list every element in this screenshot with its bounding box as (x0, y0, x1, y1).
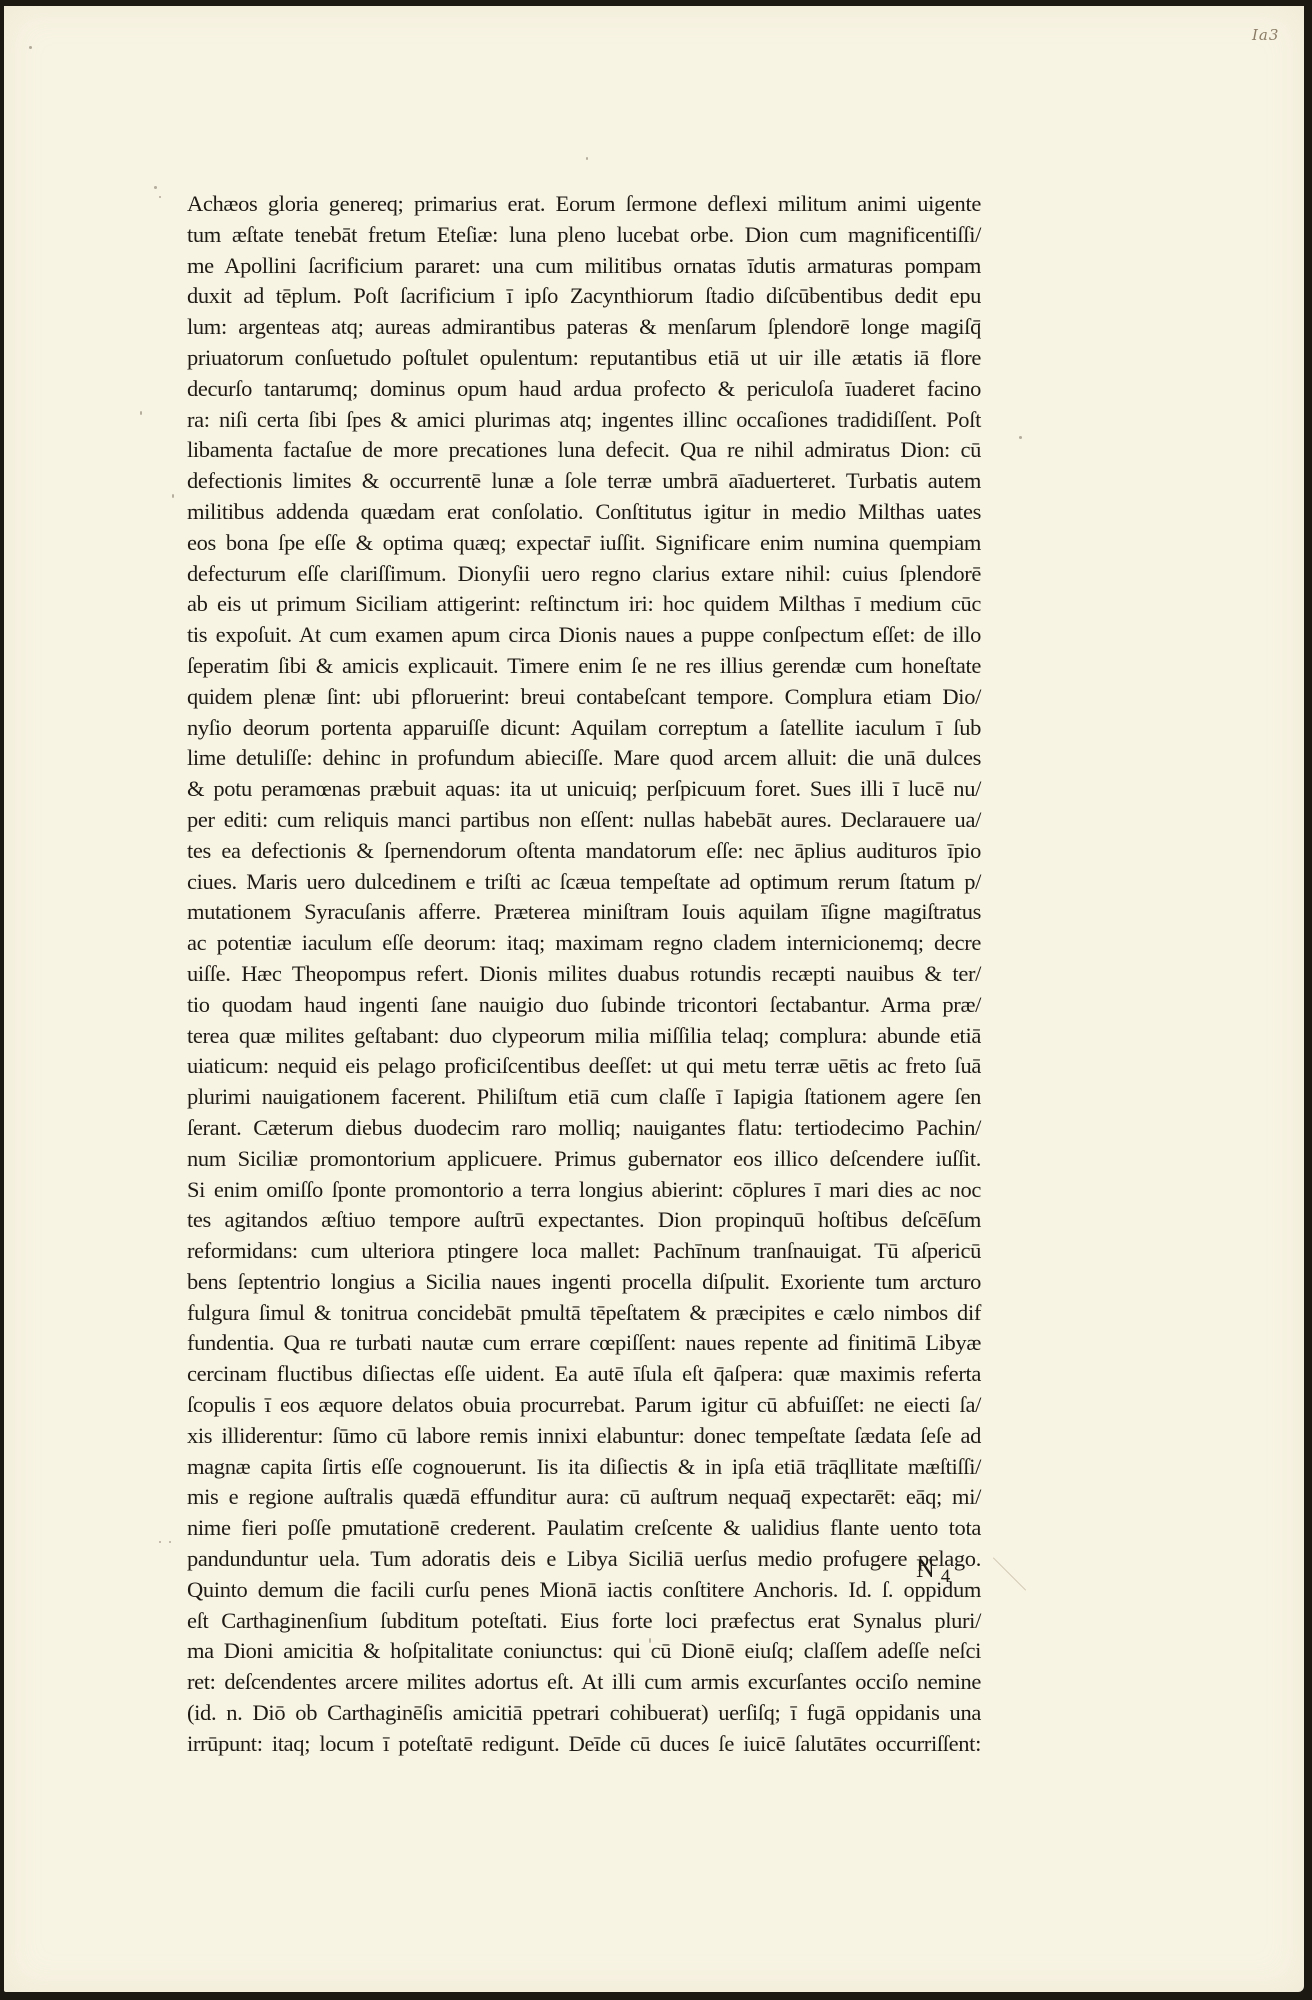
paper-crease (993, 1557, 1026, 1590)
text-line: defectionis limites & occurrentē lunæ a … (187, 466, 981, 497)
signature-mark: N4 (916, 1554, 956, 1584)
text-line: tio quodam haud ingenti ſane nauigio duo… (187, 990, 981, 1021)
text-line: num Siciliæ promontorium applicuere. Pri… (187, 1144, 981, 1175)
margin-speck (159, 1541, 161, 1543)
text-line: ſeperatim ſibi & amicis explicauit. Time… (187, 651, 981, 682)
text-line: eſt Carthaginenſium ſubditum poteſtati. … (187, 1606, 981, 1637)
text-line: nime fieri poſſe pmutationē crederent. P… (187, 1513, 981, 1544)
text-line: ab eis ut primum Siciliam attigerint: re… (187, 589, 981, 620)
text-line: tis expoſuit. At cum examen apum circa D… (187, 620, 981, 651)
text-line: tes agitandos æſtiuo tempore auſtrū expe… (187, 1205, 981, 1236)
book-page: Ia3 Achæos gloria genereq; primarius era… (4, 6, 1304, 1992)
text-line: magnæ capita ſirtis eſſe cognouerunt. Ii… (187, 1452, 981, 1483)
text-line: eos bona ſpe eſſe & optima quæq; expecta… (187, 528, 981, 559)
text-line: pandunduntur uela. Tum adoratis deis e L… (187, 1544, 981, 1575)
text-line: uiaticum: nequid eis pelago proficiſcent… (187, 1051, 981, 1082)
text-line: ſerant. Cæterum diebus duodecim raro mol… (187, 1113, 981, 1144)
margin-speck (586, 157, 588, 160)
text-line: ac potentiæ iaculum eſſe deorum: itaq; m… (187, 928, 981, 959)
text-line: nyſio deorum portenta apparuiſſe dicunt:… (187, 713, 981, 744)
signature-letter: N (916, 1554, 941, 1583)
margin-speck (159, 196, 161, 198)
text-line: militibus addenda quædam erat conſolatio… (187, 497, 981, 528)
text-line: mutationem Syracuſanis afferre. Præterea… (187, 897, 981, 928)
text-line: irrūpunt: itaq; locum ī poteſtatē redigu… (187, 1729, 981, 1760)
text-line: duxit ad tēplum. Poſt ſacrificium ī ipſo… (187, 281, 981, 312)
body-text: Achæos gloria genereq; primarius erat. E… (187, 189, 981, 1760)
text-line: ra: niſi certa ſibi ſpes & amici plurima… (187, 405, 981, 436)
signature-number: 4 (941, 1566, 957, 1587)
text-line: priuatorum conſuetudo poſtulet opulentum… (187, 343, 981, 374)
text-line: lime detuliſſe: dehinc in profundum abie… (187, 743, 981, 774)
text-line: per editi: cum reliquis manci partibus n… (187, 805, 981, 836)
text-line: fundentia. Qua re turbati nautæ cum erra… (187, 1328, 981, 1359)
manuscript-corner-note: Ia3 (1252, 26, 1279, 44)
text-line: ma Dioni amicitia & hoſpitalitate coniun… (187, 1636, 981, 1667)
text-line: tes ea defectionis & ſpernendorum oſtent… (187, 836, 981, 867)
text-line: & potu peramœnas præbuit aquas: ita ut u… (187, 774, 981, 805)
text-line: reformidans: cum ulteriora ptingere loca… (187, 1236, 981, 1267)
text-line: lum: argenteas atq; aureas admirantibus … (187, 312, 981, 343)
text-line: decurſo tantarumq; dominus opum haud ard… (187, 374, 981, 405)
text-line: ſcopulis ī eos æquore delatos obuia proc… (187, 1390, 981, 1421)
text-line: xis illiderentur: ſūmo cū labore remis i… (187, 1421, 981, 1452)
text-line: uiſſe. Hæc Theopompus refert. Dionis mil… (187, 959, 981, 990)
margin-speck (154, 186, 157, 189)
text-line: cercinam fluctibus diſiectas eſſe uident… (187, 1359, 981, 1390)
text-line: terea quæ milites geſtabant: duo clypeor… (187, 1021, 981, 1052)
text-line: libamenta factaſue de more precationes l… (187, 435, 981, 466)
text-line: fulgura ſimul & tonitrua concidebāt pmul… (187, 1298, 981, 1329)
margin-speck (29, 46, 32, 49)
text-line: (id. n. Diō ob Carthaginēſis amicitiā pp… (187, 1698, 981, 1729)
text-line: Achæos gloria genereq; primarius erat. E… (187, 189, 981, 220)
margin-speck (172, 494, 174, 498)
margin-speck (1019, 436, 1022, 439)
text-line: plurimi nauigationem facerent. Philiſtum… (187, 1082, 981, 1113)
text-line: ciues. Maris uero dulcedinem e triſti ac… (187, 867, 981, 898)
text-line: Quinto demum die facili curſu penes Mion… (187, 1575, 981, 1606)
text-line: bens ſeptentrio longius a Sicilia naues … (187, 1267, 981, 1298)
text-line: defecturum eſſe clariſſimum. Dionyſii ue… (187, 559, 981, 590)
text-line: ret: deſcendentes arcere milites adortus… (187, 1667, 981, 1698)
text-line: me Apollini ſacrificium pararet: una cum… (187, 251, 981, 282)
text-line: Si enim omiſſo ſponte promontorio a terr… (187, 1175, 981, 1206)
text-line: mis e regione auſtralis quædā effunditur… (187, 1482, 981, 1513)
text-line: tum æſtate tenebāt fretum Eteſiæ: luna p… (187, 220, 981, 251)
margin-speck (169, 1541, 171, 1543)
margin-speck (140, 411, 142, 415)
text-line: quidem plenæ ſint: ubi pfloruerint: breu… (187, 682, 981, 713)
